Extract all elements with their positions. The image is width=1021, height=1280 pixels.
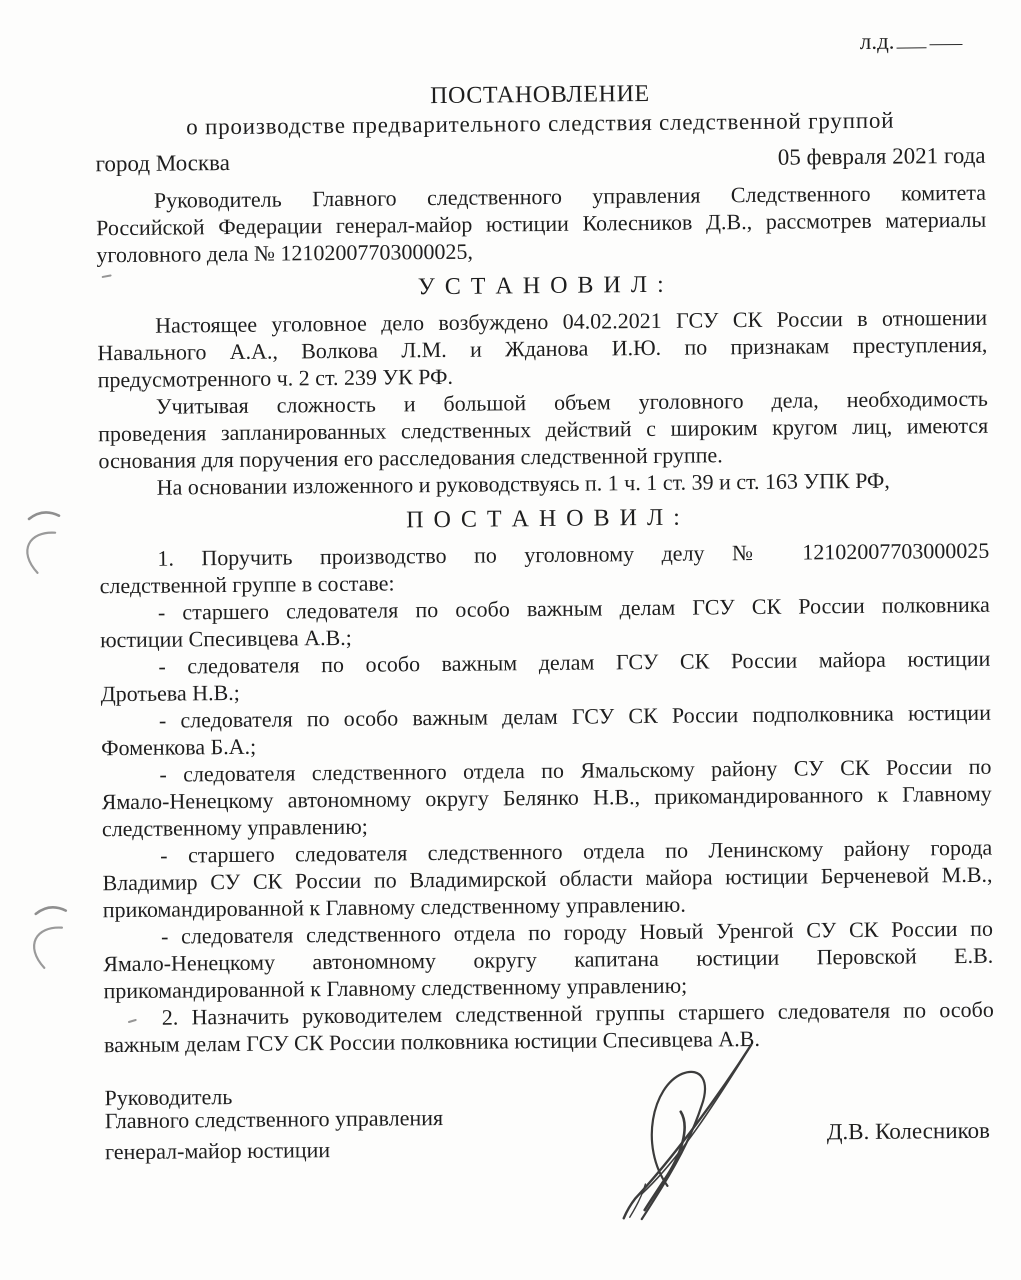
margin-pen-mark-icon (16, 897, 87, 973)
folio-line: л.д. (94, 24, 984, 63)
paragraph-facts-2: Учитывая сложность и большой объем уголо… (98, 385, 989, 475)
paragraph-member-4: - следователя следственного отдела по Ям… (101, 753, 992, 843)
paragraph-member-6: - следователя следственного отдела по го… (103, 915, 994, 1005)
document-place: город Москва (95, 149, 230, 178)
paragraph-facts-1: Настоящее уголовное дело возбуждено 04.0… (97, 304, 988, 394)
document-date: 05 февраля 2021 года (778, 142, 986, 172)
paragraph-member-3: - следователя по особо важным делам ГСУ … (101, 699, 991, 762)
postanovil-heading: П О С Т А Н О В И Л : (99, 500, 989, 539)
folio-blank-underline (896, 24, 926, 48)
paragraph-item-2: 2. Назначить руководителем следственной … (104, 996, 994, 1059)
signatory-name: Д.В. Колесников (827, 1118, 990, 1146)
paragraph-intro: Руководитель Главного следственного упра… (96, 179, 987, 269)
paragraph-member-1: - старшего следователя по особо важным д… (100, 591, 990, 654)
place-date-row: город Москва 05 февраля 2021 года (95, 142, 985, 179)
folio-label: л.д. (860, 29, 895, 54)
ustanovil-heading: У С Т А Н О В И Л : (97, 267, 987, 306)
document-sheet: л.д. ПОСТАНОВЛЕНИЕ о производстве предва… (0, 0, 1021, 1280)
folio-blank-underline (929, 21, 962, 45)
margin-pen-mark-icon (9, 502, 80, 578)
paragraph-member-5: - старшего следователя следственного отд… (102, 834, 993, 924)
handwritten-signature-icon (600, 1033, 762, 1230)
paragraph-item-1: 1. Поручить производство по уголовному д… (99, 537, 989, 600)
scanned-document-page: л.д. ПОСТАНОВЛЕНИЕ о производстве предва… (0, 0, 1021, 1280)
paragraph-member-2: - следователя по особо важным делам ГСУ … (100, 645, 990, 708)
